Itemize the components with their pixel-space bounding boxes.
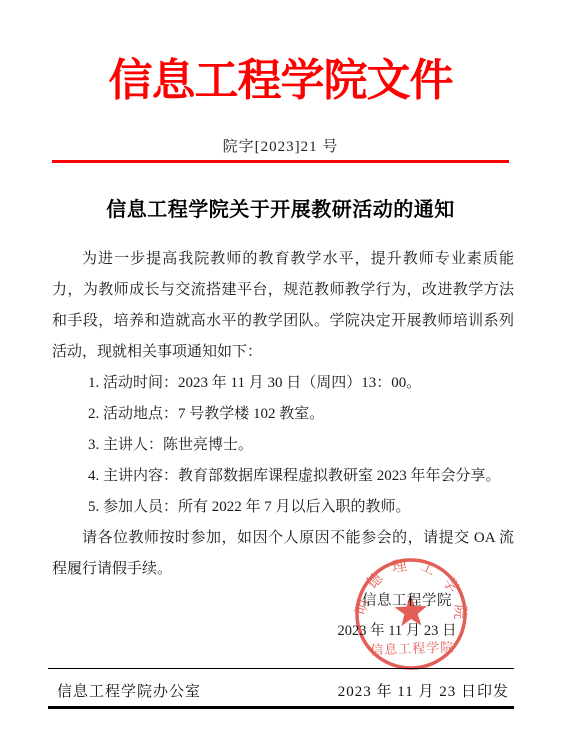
list-item-4: 4. 主讲内容：教育部数据库课程虚拟教研室 2023 年年会分享。 [52,461,514,492]
notice-title: 信息工程学院关于开展教研活动的通知 [0,193,561,222]
notice-body: 为进一步提高我院教师的教育教学水平，提升教师专业素质能力，为教师成长与交流搭建平… [52,244,514,585]
red-header-title: 信息工程学院文件 [0,44,561,108]
seal-bottom-text: 信息工程学院 [370,640,454,658]
list-item-3: 3. 主讲人：陈世亮博士。 [52,430,514,461]
red-divider-line [52,160,509,163]
footer-row: 信息工程学院办公室 2023 年 11 月 23 日印发 [57,680,509,701]
list-item-5: 5. 参加人员：所有 2022 年 7 月以后入职的教师。 [52,492,514,523]
footer-thick-rule [48,706,514,709]
document-number: 院字[2023]21 号 [0,135,561,156]
seal-star-icon [394,594,427,626]
body-paragraph-1: 为进一步提高我院教师的教育教学水平，提升教师专业素质能力，为教师成长与交流搭建平… [52,244,514,368]
document-page: 信息工程学院文件 院字[2023]21 号 信息工程学院关于开展教研活动的通知 … [0,0,561,744]
footer-issuing-office: 信息工程学院办公室 [57,680,201,701]
footer-print-date: 2023 年 11 月 23 日印发 [338,680,509,701]
list-item-2: 2. 活动地点：7 号教学楼 102 教室。 [52,399,514,430]
official-seal: 明德理工学院 信息工程学院 [349,552,473,676]
list-item-1: 1. 活动时间：2023 年 11 月 30 日（周四）13：00。 [52,368,514,399]
footer-thin-rule [48,668,514,669]
seal-graphic: 明德理工学院 信息工程学院 [349,552,473,676]
seal-arc-text: 明德理工学院 [351,554,470,635]
